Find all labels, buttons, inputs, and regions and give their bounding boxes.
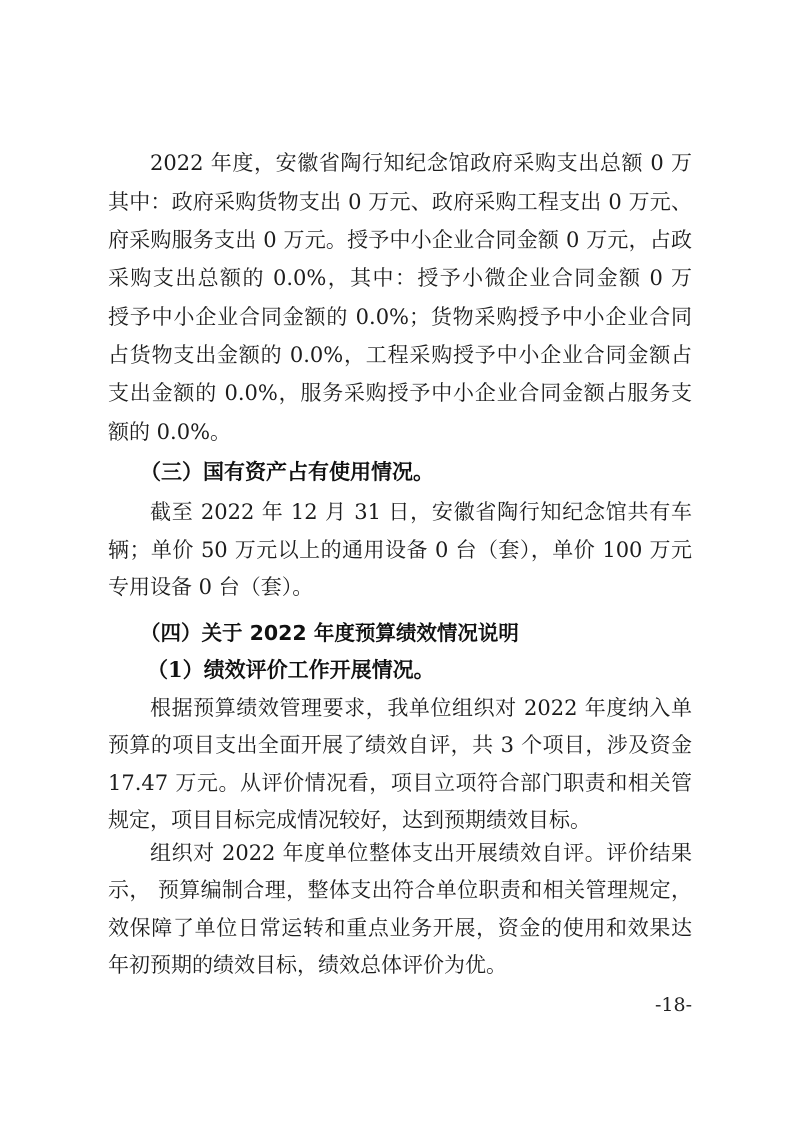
paragraph-line: 占货物支出金额的 0.0%，工程采购授予中小企业合同金额占工程 — [108, 342, 692, 368]
paragraph-line: 效保障了单位日常运转和重点业务开展，资金的使用和效果达到 — [108, 915, 692, 941]
paragraph-line: 17.47 万元。从评价情况看，项目立项符合部门职责和相关管理 — [108, 770, 692, 796]
paragraph-line: 专用设备 0 台（套）。 — [108, 574, 692, 600]
paragraph-line: 截至 2022 年 12 月 31 日，安徽省陶行知纪念馆共有车辆 0 — [150, 499, 692, 525]
document-page: 2022 年度，安徽省陶行知纪念馆政府采购支出总额 0 万元， 其中：政府采购货… — [0, 0, 794, 1122]
paragraph-line: 2022 年度，安徽省陶行知纪念馆政府采购支出总额 0 万元， — [150, 150, 692, 176]
paragraph-line: 规定，项目目标完成情况较好，达到预期绩效目标。 — [108, 807, 692, 833]
paragraph-line: 府采购服务支出 0 万元。授予中小企业合同金额 0 万元，占政府 — [108, 227, 692, 253]
paragraph-line: 额的 0.0%。 — [108, 419, 692, 445]
paragraph-line: 示， 预算编制合理，整体支出符合单位职责和相关管理规定，有 — [108, 877, 692, 903]
paragraph-line: 其中：政府采购货物支出 0 万元、政府采购工程支出 0 万元、政 — [108, 189, 692, 215]
section-heading-state-assets: （三）国有资产占有使用情况。 — [140, 459, 724, 485]
paragraph-line: 支出金额的 0.0%，服务采购授予中小企业合同金额占服务支出金 — [108, 380, 692, 406]
paragraph-line: 组织对 2022 年度单位整体支出开展绩效自评。评价结果显 — [150, 840, 692, 866]
section-heading-performance: （四）关于 2022 年度预算绩效情况说明 — [140, 620, 724, 646]
page-number: -18- — [600, 992, 692, 1018]
paragraph-line: 采购支出总额的 0.0%，其中：授予小微企业合同金额 0 万元，占 — [108, 265, 692, 291]
paragraph-line: 辆；单价 50 万元以上的通用设备 0 台（套），单价 100 万元以上 — [108, 537, 692, 563]
paragraph-line: 根据预算绩效管理要求，我单位组织对 2022 年度纳入单位 — [150, 695, 692, 721]
paragraph-line: 授予中小企业合同金额的 0.0%；货物采购授予中小企业合同金额 — [108, 304, 692, 330]
subsection-heading-evaluation: （1）绩效评价工作开展情况。 — [147, 657, 731, 683]
paragraph-line: 预算的项目支出全面开展了绩效自评，共 3 个项目，涉及资金 — [108, 732, 692, 758]
paragraph-line: 年初预期的绩效目标，绩效总体评价为优。 — [108, 952, 692, 978]
